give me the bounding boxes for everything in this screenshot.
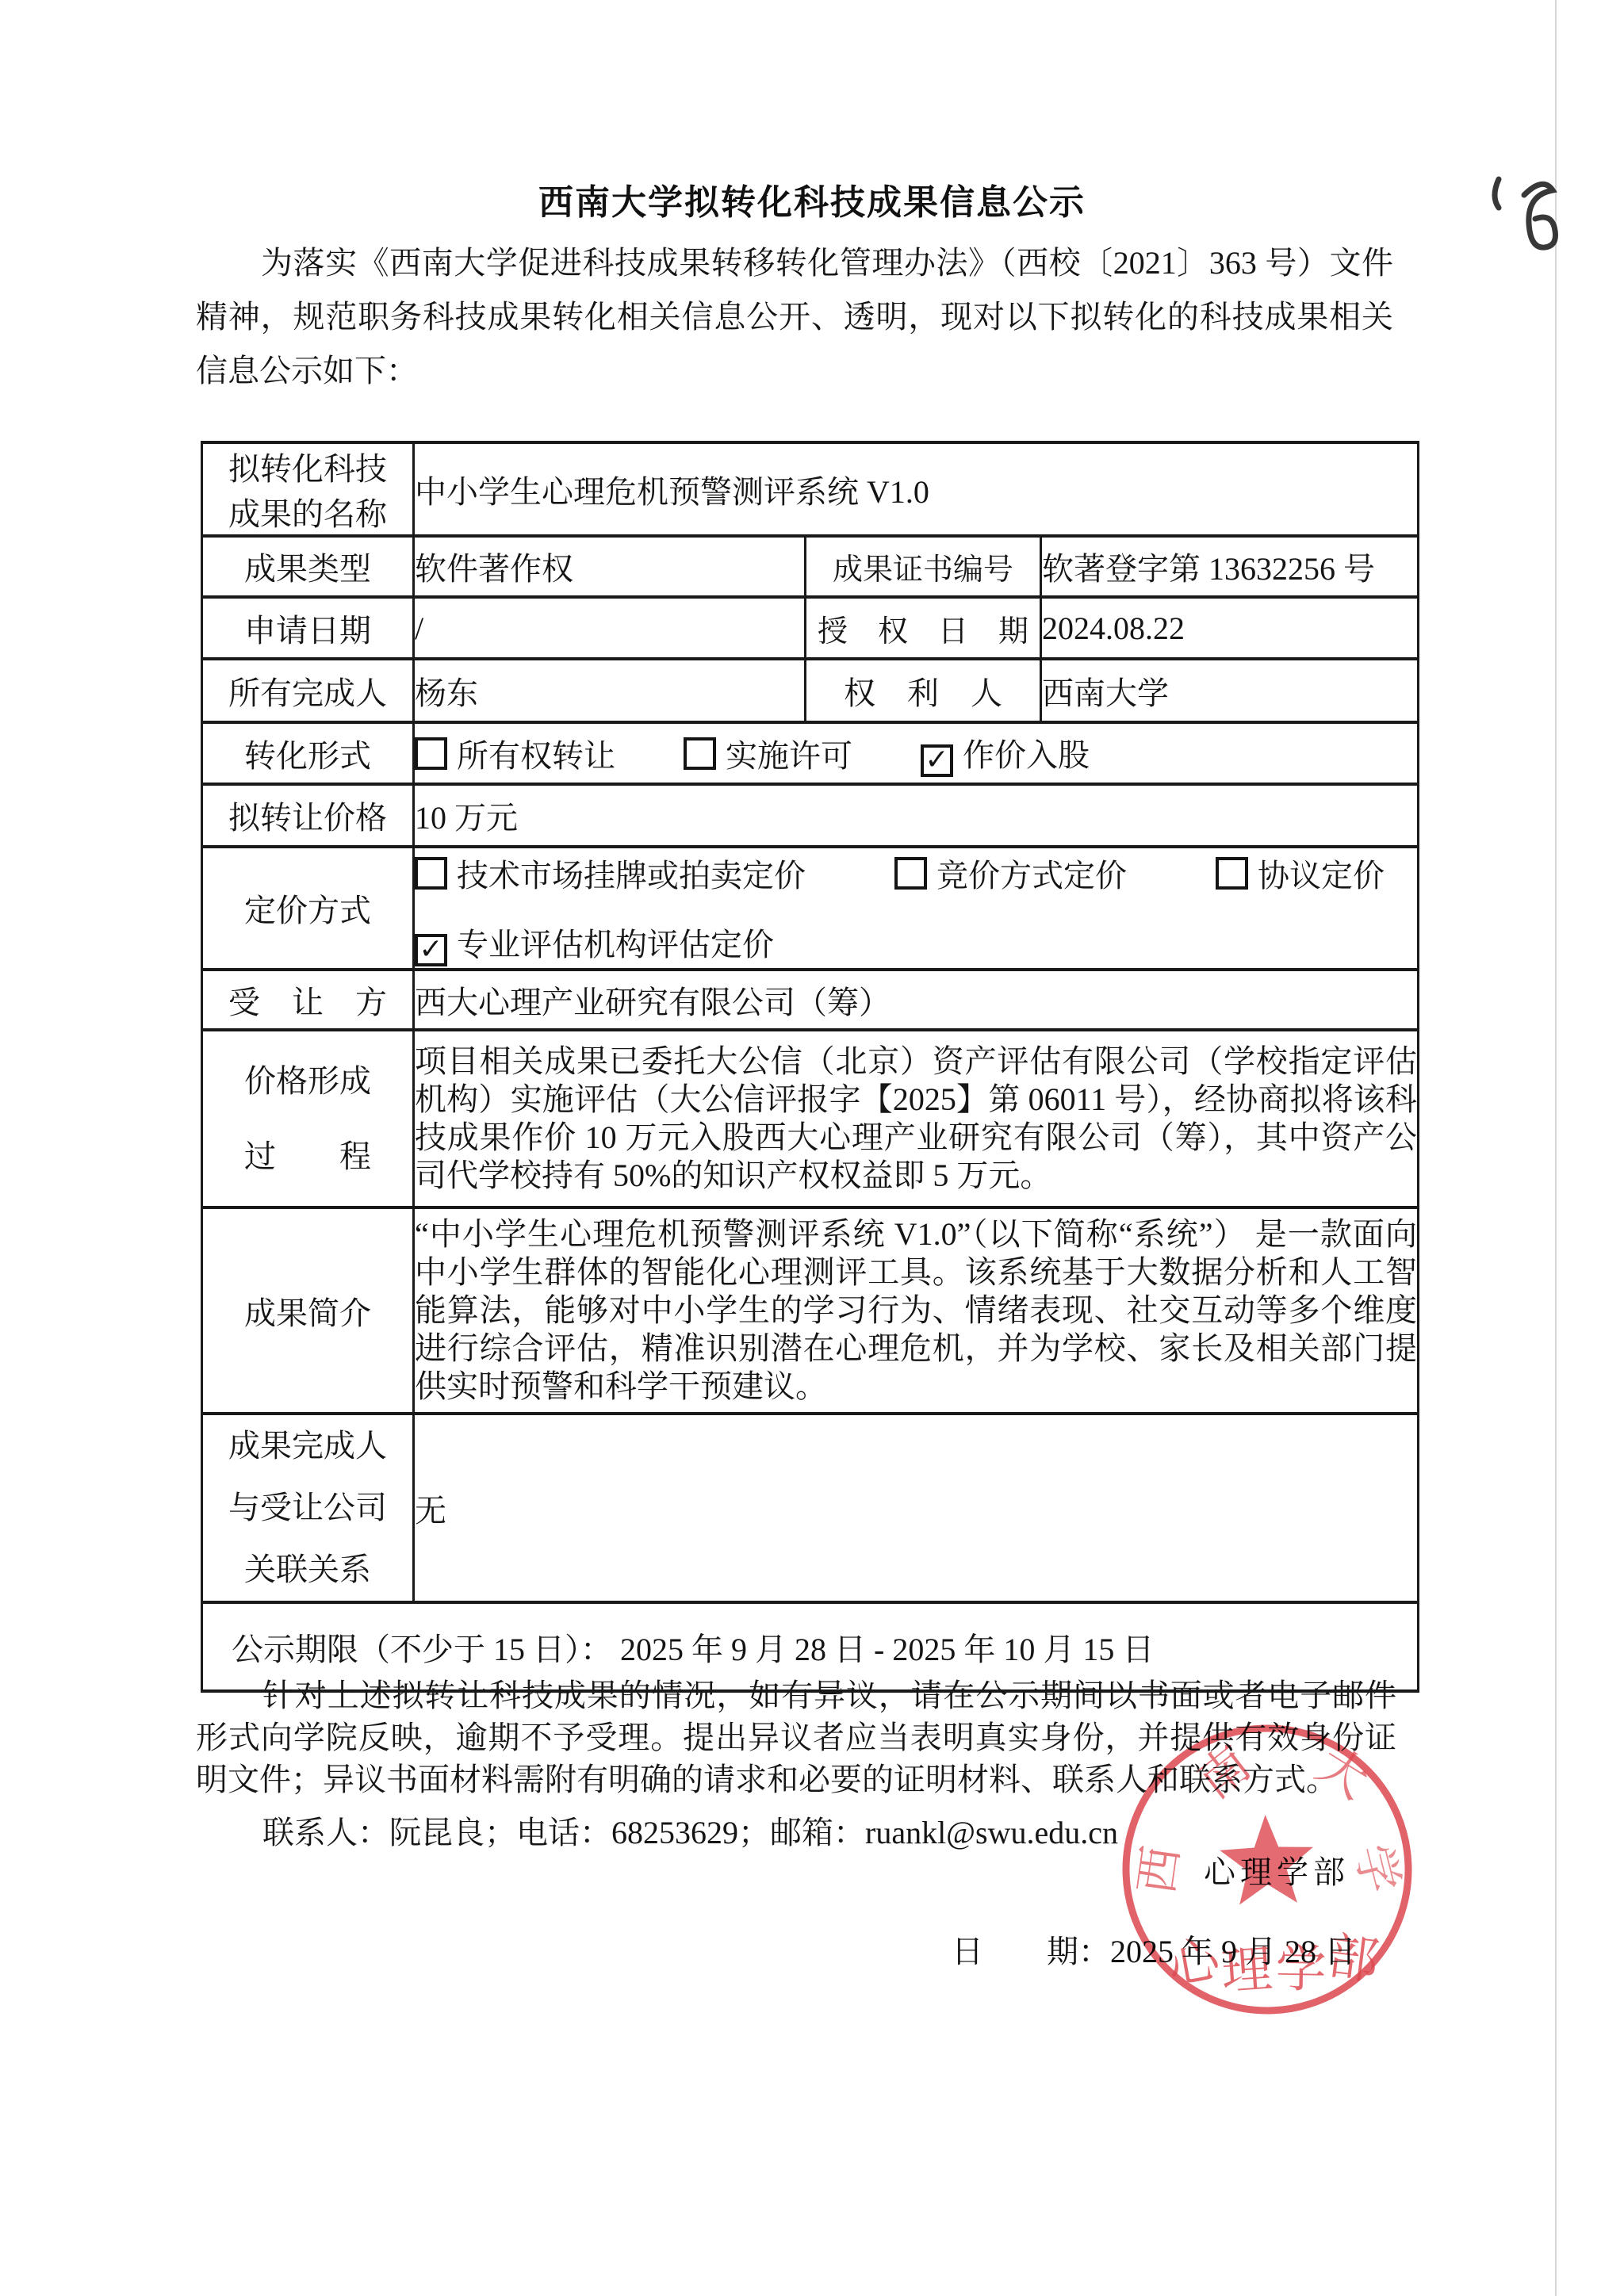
table-row-transferee: 受 让 方 西大心理产业研究有限公司（筹） — [202, 970, 1419, 1030]
row-label: 成果证书编号 — [806, 536, 1041, 597]
row-label: 转化形式 — [202, 722, 414, 784]
form-option: 所有权转让 — [415, 731, 615, 776]
table-row-relation: 成果完成人 与受让公司 关联关系 无 — [202, 1414, 1419, 1602]
row-label: 拟转让价格 — [202, 784, 414, 847]
checkbox-checked-icon: ✓ — [415, 934, 447, 966]
apply-date-value: / — [414, 597, 806, 659]
form-option: 实施许可 — [684, 731, 852, 776]
owners-value: 杨东 — [414, 659, 806, 722]
rightholder-value: 西南大学 — [1041, 659, 1419, 722]
table-row-type: 成果类型 软件著作权 成果证书编号 软著登字第 13632256 号 — [202, 536, 1419, 597]
pricing-options-cell: 技术市场挂牌或拍卖定价 竞价方式定价 协议定价 ✓专业评估机构评估定价 — [414, 847, 1419, 970]
brief-value: “中小学生心理危机预警测评系统 V1.0”（以下简称“系统”） 是一款面向中小学… — [414, 1207, 1419, 1414]
seal-bottom-char: 学 — [1275, 1941, 1327, 1998]
row-label: 受 让 方 — [202, 970, 414, 1030]
row-label: 所有完成人 — [202, 659, 414, 722]
row-label: 权 利 人 — [806, 659, 1041, 722]
page-title: 西南大学拟转化科技成果信息公示 — [0, 174, 1624, 224]
type-value: 软件著作权 — [414, 536, 806, 597]
table-row-owners: 所有完成人 杨东 权 利 人 西南大学 — [202, 659, 1419, 722]
seal-arc-char: 大 — [1308, 1738, 1378, 1810]
table-row-price: 拟转让价格 10 万元 — [202, 784, 1419, 847]
table-row-price-process: 价格形成 过 程 项目相关成果已委托大公信（北京）资产评估有限公司（学校指定评估… — [202, 1030, 1419, 1207]
form-option: ✓作价入股 — [921, 730, 1090, 777]
relation-value: 无 — [414, 1414, 1419, 1602]
price-process-value: 项目相关成果已委托大公信（北京）资产评估有限公司（学校指定评估机构）实施评估（大… — [414, 1030, 1419, 1207]
seal-star-icon — [1219, 1813, 1316, 1905]
checkbox-icon — [684, 737, 716, 770]
seal-arc-char: 西 — [1130, 1843, 1189, 1897]
price-value: 10 万元 — [414, 784, 1419, 847]
table-row-apply-date: 申请日期 / 授 权 日 期 2024.08.22 — [202, 597, 1419, 659]
checkbox-checked-icon: ✓ — [921, 744, 953, 777]
pricing-option: 协议定价 — [1216, 851, 1385, 896]
official-seal: 南 大 西 学 心 理 学 部 — [1103, 1705, 1431, 2034]
row-label: 授 权 日 期 — [806, 597, 1041, 659]
table-row-form: 转化形式 所有权转让 实施许可 ✓作价入股 — [202, 722, 1419, 784]
seal-bottom-char: 理 — [1220, 1941, 1274, 2000]
pricing-option: 技术市场挂牌或拍卖定价 — [415, 851, 806, 896]
table-row-name: 拟转化科技 成果的名称 中小学生心理危机预警测评系统 V1.0 — [202, 442, 1419, 536]
checkbox-icon — [415, 857, 447, 890]
intro-paragraph: 为落实《西南大学促进科技成果转移转化管理办法》（西校〔2021〕363 号）文件… — [196, 236, 1393, 398]
seal-arc-char: 学 — [1346, 1839, 1408, 1898]
checkbox-icon — [1216, 857, 1248, 890]
cert-value: 软著登字第 13632256 号 — [1041, 536, 1419, 597]
scan-artifact-line — [1555, 0, 1557, 2296]
row-label: 价格形成 过 程 — [202, 1030, 414, 1207]
row-label: 拟转化科技 成果的名称 — [202, 442, 414, 536]
row-label: 成果类型 — [202, 536, 414, 597]
seal-bottom-char: 心 — [1164, 1931, 1225, 1995]
checkbox-icon — [894, 857, 927, 890]
row-label: 成果简介 — [202, 1207, 414, 1414]
pricing-option: ✓专业评估机构评估定价 — [415, 920, 774, 966]
row-label: 申请日期 — [202, 597, 414, 659]
pricing-option: 竞价方式定价 — [894, 851, 1127, 896]
transferee-value: 西大心理产业研究有限公司（筹） — [414, 970, 1419, 1030]
checkbox-icon — [415, 737, 447, 770]
row-label: 成果完成人 与受让公司 关联关系 — [202, 1414, 414, 1602]
seal-bottom-char: 部 — [1324, 1928, 1381, 1990]
notice-table: 拟转化科技 成果的名称 中小学生心理危机预警测评系统 V1.0 成果类型 软件著… — [201, 441, 1419, 1693]
grant-date-value: 2024.08.22 — [1041, 597, 1419, 659]
table-row-pricing: 定价方式 技术市场挂牌或拍卖定价 竞价方式定价 协议定价 ✓专业评估机构评估定价 — [202, 847, 1419, 970]
form-options-cell: 所有权转让 实施许可 ✓作价入股 — [414, 722, 1419, 784]
achievement-name-value: 中小学生心理危机预警测评系统 V1.0 — [414, 442, 1419, 536]
scanned-notice-page: 西南大学拟转化科技成果信息公示 为落实《西南大学促进科技成果转移转化管理办法》（… — [0, 0, 1624, 2296]
table-row-brief: 成果简介 “中小学生心理危机预警测评系统 V1.0”（以下简称“系统”） 是一款… — [202, 1207, 1419, 1414]
row-label: 定价方式 — [202, 847, 414, 970]
